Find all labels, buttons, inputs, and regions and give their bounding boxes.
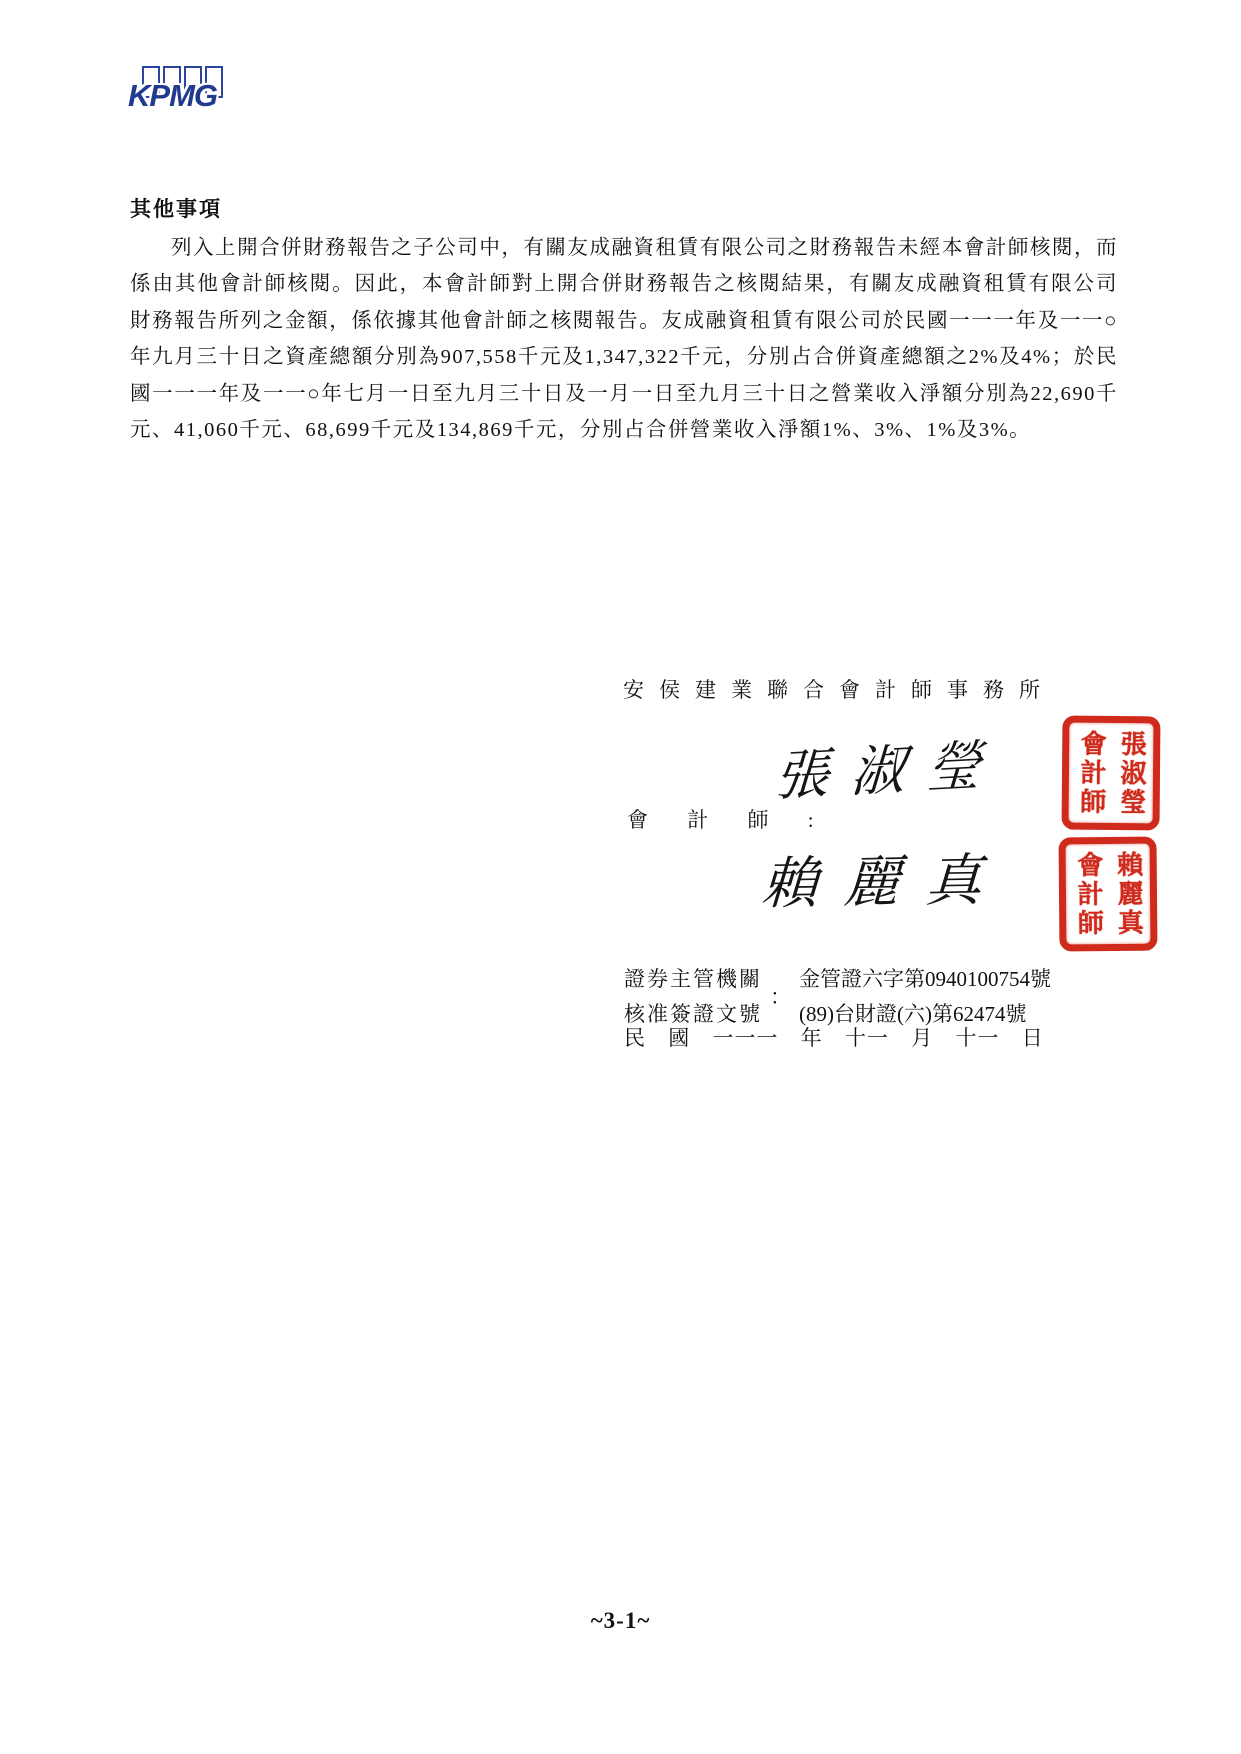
seal-zhang-shu-ying: 會計師 張淑瑩	[1062, 716, 1161, 831]
signature-lai-li-zhen: 賴麗真	[760, 836, 1010, 920]
seal-name-column: 張淑瑩	[1118, 730, 1145, 817]
signature-zhang-shu-ying: 張淑瑩	[773, 722, 1005, 811]
page-number: ~3-1~	[0, 1608, 1241, 1634]
approval-value-line1: 金管證六字第0940100754號	[799, 962, 1051, 997]
body-paragraph: 列入上開合併財務報告之子公司中，有關友成融資租賃有限公司之財務報告未經本會計師核…	[130, 230, 1118, 448]
report-page: KPMG 其他事項 列入上開合併財務報告之子公司中，有關友成融資租賃有限公司之財…	[0, 0, 1241, 1754]
firm-name: 安侯建業聯合會計師事務所	[623, 674, 1055, 704]
seal-name-column: 賴麗真	[1115, 850, 1142, 937]
seal-title-column: 會計師	[1078, 729, 1105, 816]
kpmg-logo: KPMG	[128, 66, 248, 116]
approval-colon: ：	[762, 980, 799, 1015]
approval-date: 民 國 一一一 年 十一 月 十一 日	[624, 1022, 1062, 1052]
seal-title-column: 會計師	[1075, 851, 1102, 938]
section-heading: 其他事項	[130, 193, 222, 223]
kpmg-logo-text: KPMG	[128, 78, 217, 114]
approval-label-line1: 證券主管機關	[624, 962, 762, 997]
seal-lai-li-zhen: 會計師 賴麗真	[1059, 837, 1158, 952]
